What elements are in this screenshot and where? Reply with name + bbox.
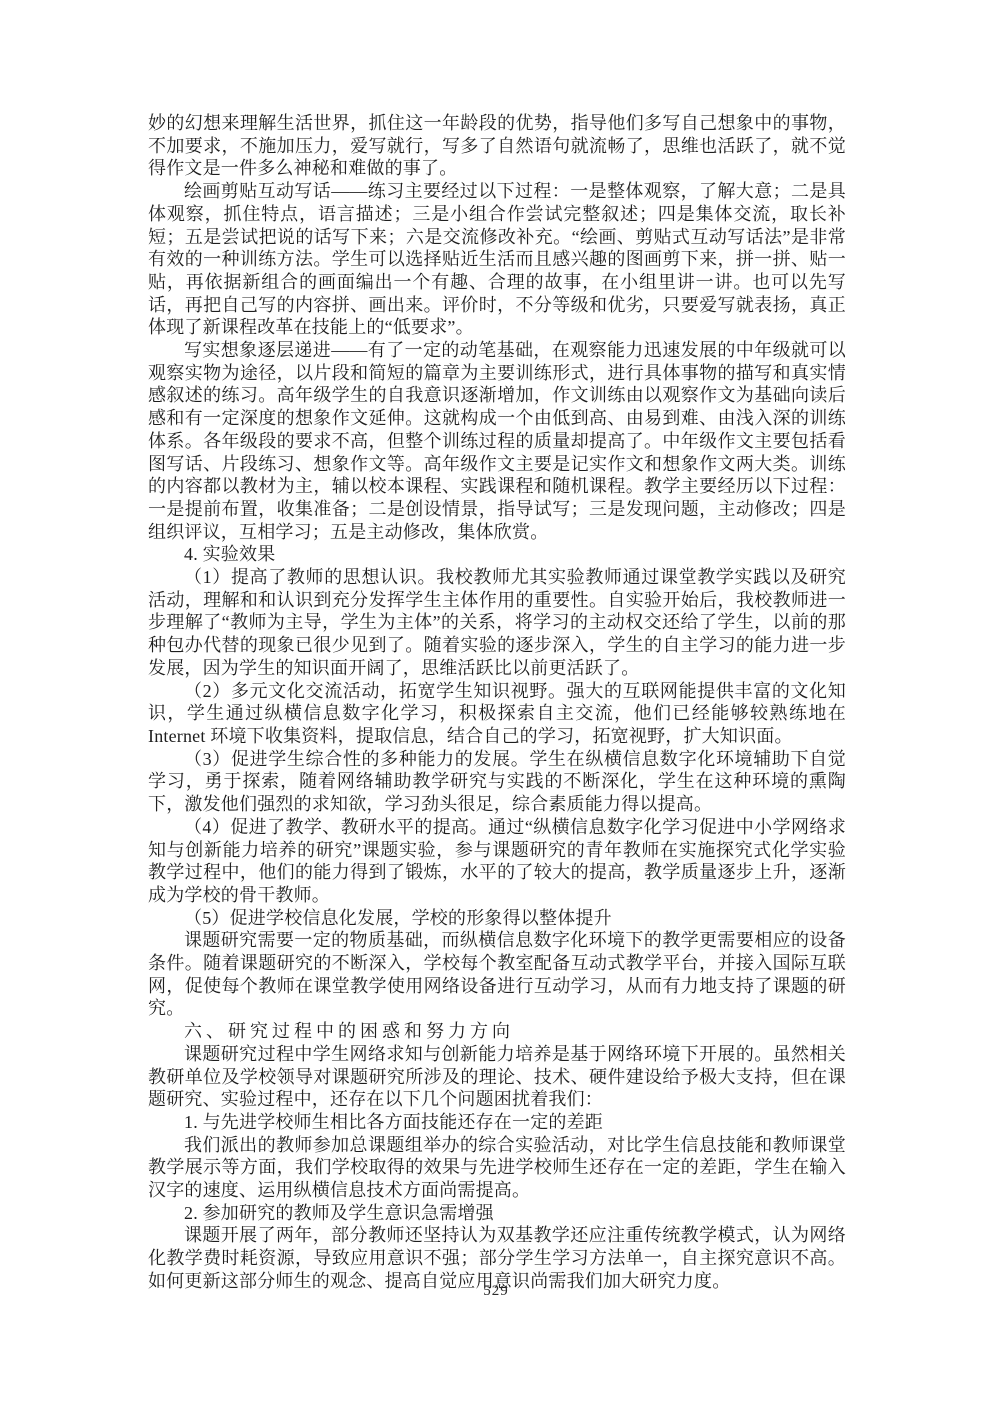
- paragraph-painting-cut-paste-writing: 绘画剪贴互动写话——练习主要经过以下过程：一是整体观察，了解大意；二是具体观察，…: [148, 180, 846, 339]
- paragraph-result-2-cultural-exchange: （2）多元文化交流活动，拓宽学生知识视野。强大的互联网能提供丰富的文化知识，学生…: [148, 680, 846, 748]
- paragraph-result-3-student-abilities: （3）促进学生综合性的多种能力的发展。学生在纵横信息数字化环境辅助下自觉学习，勇…: [148, 748, 846, 816]
- heading-issue-2-awareness: 2. 参加研究的教师及学生意识急需增强: [148, 1202, 846, 1225]
- paragraph-equipment-support: 课题研究需要一定的物质基础，而纵横信息数字化环境下的教学更需要相应的设备条件。随…: [148, 929, 846, 1020]
- paragraph-realistic-imagination-progression: 写实想象逐层递进——有了一定的动笔基础，在观察能力迅速发展的中年级就可以观察实物…: [148, 339, 846, 543]
- page-number: 529: [0, 1283, 992, 1300]
- paragraph-difficulties-intro: 课题研究过程中学生网络求知与创新能力培养是基于网络环境下开展的。虽然相关教研单位…: [148, 1043, 846, 1111]
- heading-result-5-school-informatization: （5）促进学校信息化发展，学校的形象得以整体提升: [148, 907, 846, 930]
- paragraph-continuation: 妙的幻想来理解生活世界，抓住这一年龄段的优势，指导他们多写自己想象中的事物，不加…: [148, 112, 846, 180]
- paragraph-result-4-teaching-research-level: （4）促进了教学、教研水平的提高。通过“纵横信息数字化学习促进中小学网络求知与创…: [148, 816, 846, 907]
- paragraph-result-1-teacher-awareness: （1）提高了教师的思想认识。我校教师尤其实验教师通过课堂教学实践以及研究活动，理…: [148, 566, 846, 680]
- heading-experiment-results: 4. 实验效果: [148, 543, 846, 566]
- document-page: 妙的幻想来理解生活世界，抓住这一年龄段的优势，指导他们多写自己想象中的事物，不加…: [0, 0, 992, 1403]
- heading-issue-1-skill-gap: 1. 与先进学校师生相比各方面技能还存在一定的差距: [148, 1111, 846, 1134]
- text-body: 妙的幻想来理解生活世界，抓住这一年龄段的优势，指导他们多写自己想象中的事物，不加…: [148, 112, 846, 1293]
- paragraph-issue-1-detail: 我们派出的教师参加总课题组举办的综合实验活动，对比学生信息技能和教师课堂教学展示…: [148, 1134, 846, 1202]
- heading-section-6-difficulties: 六、研究过程中的困惑和努力方向: [148, 1020, 846, 1043]
